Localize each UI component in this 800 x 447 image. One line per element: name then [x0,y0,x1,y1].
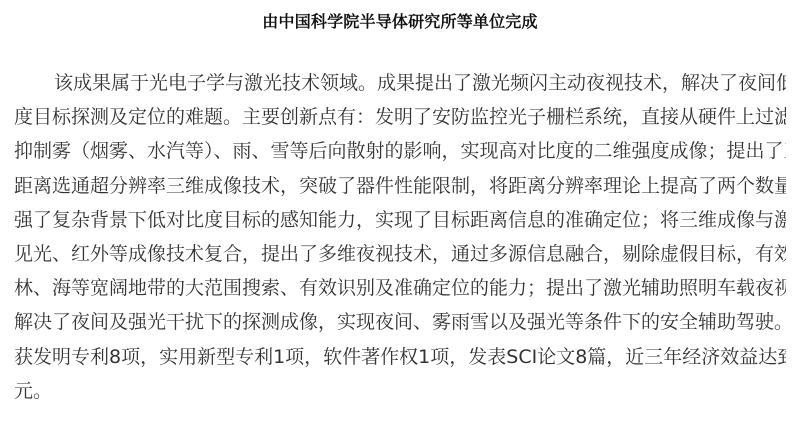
paragraph-line: 度目标探测及定位的难题。主要创新点有：发明了安防监控光子栅栏系统，直接从硬件上过… [14,100,786,134]
paragraph-line: 该成果属于光电子学与激光技术领域。成果提出了激光频闪主动夜视技术，解决了夜间低对… [14,66,786,100]
paragraph-line: 获发明专利8项，实用新型专利1项，软件著作权1项，发表SCI论文8篇，近三年经济… [14,340,786,374]
document-title: 由中国科学院半导体研究所等单位完成 [0,10,800,34]
paragraph-line: 距离选通超分辨率三维成像技术，突破了器件性能限制，将距离分辨率理论上提高了两个数… [14,169,786,203]
paragraph-line: 林、海等宽阔地带的大范围搜索、有效识别及准确定位的能力；提出了激光辅助照明车载夜… [14,271,786,305]
paragraph-line: 见光、红外等成像技术复合，提出了多维夜视技术，通过多源信息融合，剔除虚假目标，有… [14,237,786,271]
document-paragraph: 该成果属于光电子学与激光技术领域。成果提出了激光频闪主动夜视技术，解决了夜间低对… [14,66,786,408]
paragraph-line: 强了复杂背景下低对比度目标的感知能力，实现了目标距离信息的准确定位；将三维成像与… [14,203,786,237]
paragraph-line: 元。 [14,374,786,408]
paragraph-line: 抑制雾（烟雾、水汽等）、雨、雪等后向散射的影响，实现高对比度的二维强度成像；提出… [14,134,786,168]
paragraph-line: 解决了夜间及强光干扰下的探测成像，实现夜间、雾雨雪以及强光等条件下的安全辅助驾驶… [14,305,786,339]
